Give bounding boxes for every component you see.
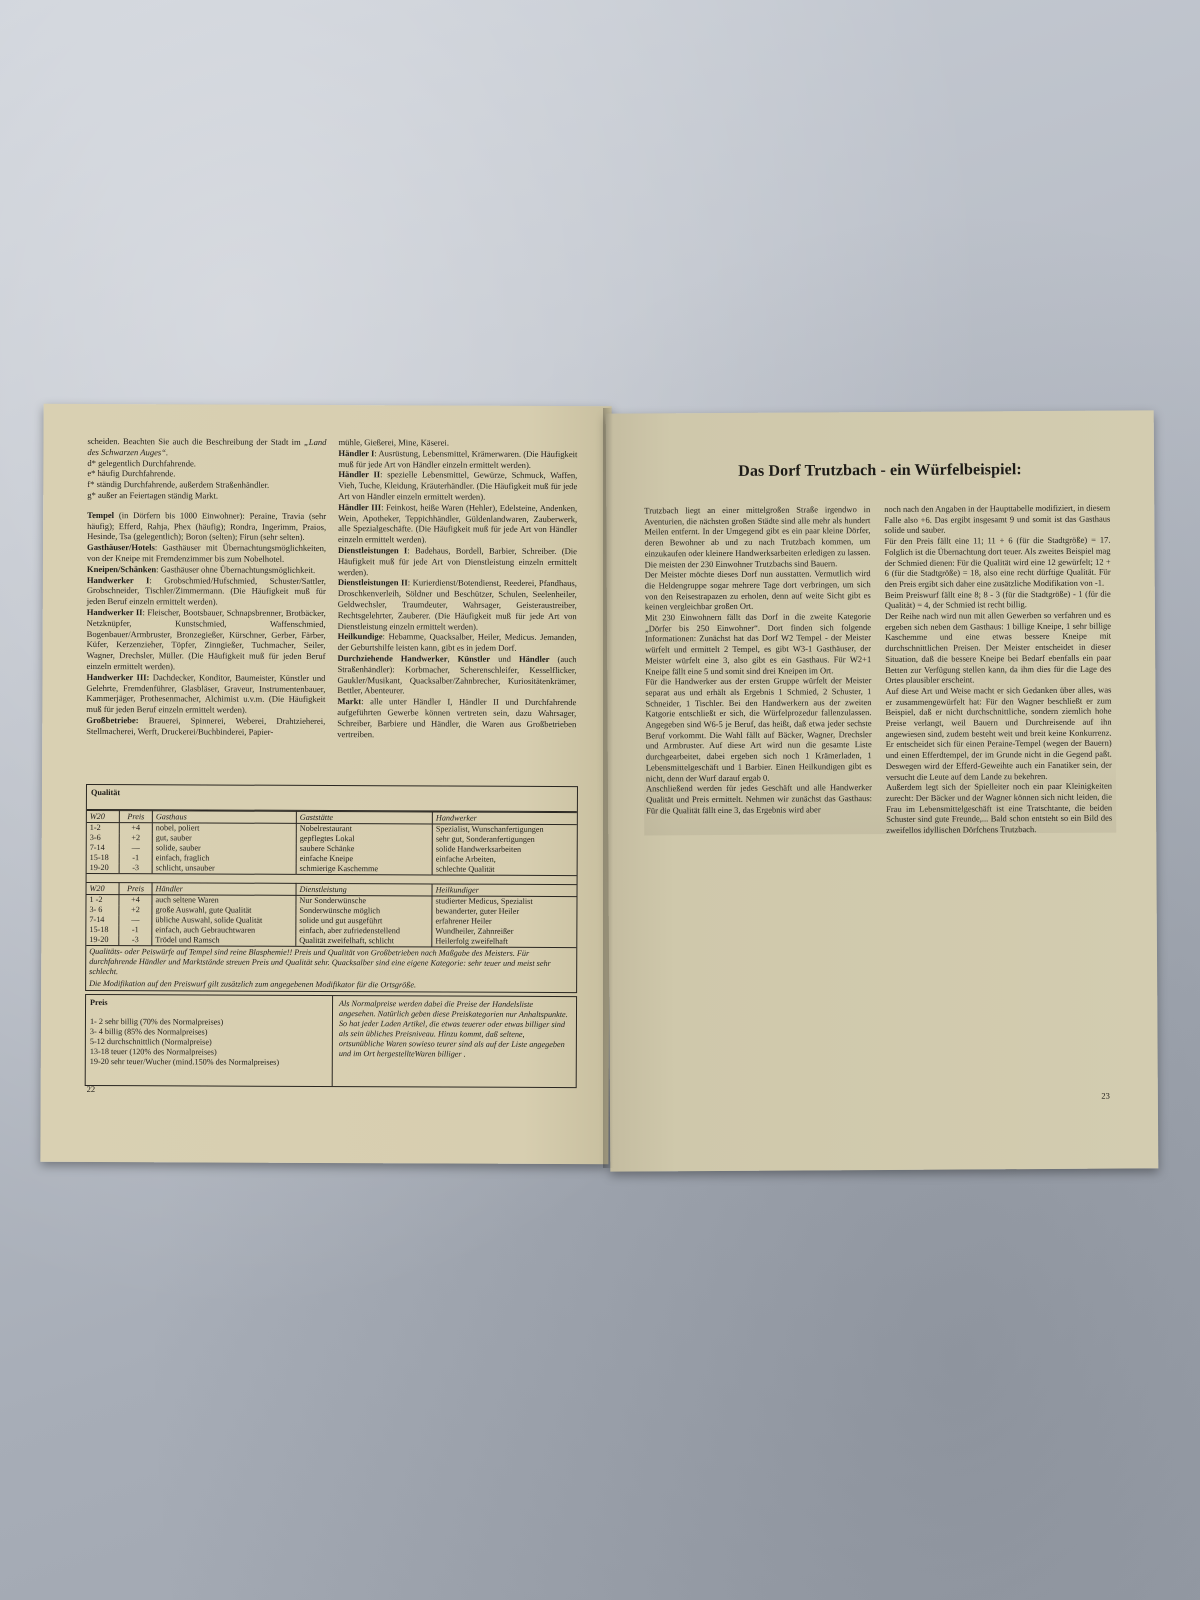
category-term: Gasthäuser/Hotels xyxy=(87,542,155,552)
column-header: W20 xyxy=(87,882,120,894)
table-cell: nobel, poliert xyxy=(152,823,296,834)
price-note: Als Normalpreise werden dabei die Preise… xyxy=(333,996,576,1087)
table-cell: -1 xyxy=(119,853,152,863)
table-cell: bewanderter, guter Heiler xyxy=(432,906,576,917)
category-term: Händler xyxy=(519,654,550,664)
table-cell: übliche Auswahl, solide Qualität xyxy=(152,915,296,926)
column-header: Dienstleistung xyxy=(296,883,432,896)
table-cell: solide, sauber xyxy=(152,843,296,854)
category-entry: Heilkundige: Hebamme, Quacksalber, Heile… xyxy=(338,631,577,654)
column-header: Händler xyxy=(152,883,296,896)
table-cell: — xyxy=(119,843,152,853)
price-row: 19-20 sehr teuer/Wucher (mind.150% des N… xyxy=(90,1057,328,1068)
table-cell: +4 xyxy=(119,895,152,906)
column-header: Handwerker xyxy=(432,812,576,825)
paragraph: Trutzbach liegt an einer mittelgroßen St… xyxy=(644,504,870,570)
paragraph: Der Meister möchte dieses Dorf nun ausst… xyxy=(645,568,871,612)
quality-table: Qualität W20PreisGasthausGaststätteHandw… xyxy=(85,784,578,993)
table-cell: Nur Sonderwünsche xyxy=(296,895,432,906)
intro-text: scheiden. Beachten Sie auch die Beschrei… xyxy=(87,436,326,459)
category-term: Heilkundige xyxy=(338,631,383,641)
category-term: Künstler xyxy=(458,654,491,664)
quality-footnote: Qualitäts- oder Peiswürfe auf Tempel sin… xyxy=(86,945,576,980)
table-cell: einfach, aber zufriedenstellend xyxy=(296,926,432,937)
table-cell: — xyxy=(119,915,152,925)
category-text: : Gasthäuser ohne Übernachtungsmöglichke… xyxy=(156,564,315,575)
book-spine xyxy=(603,408,613,1168)
paragraph: Außerdem legt sich der Spielleiter noch … xyxy=(886,781,1112,836)
category-entry: Handwerker II: Fleischer, Bootsbauer, Sc… xyxy=(86,607,325,673)
column-header: Heilkundiger xyxy=(432,884,576,897)
category-entry: Markt: alle unter Händler I, Händler II … xyxy=(337,696,576,740)
paragraph: Für den Preis fällt eine 11; 11 + 6 (für… xyxy=(884,535,1110,590)
left-column-2: mühle, Gießerei, Mine, Käserei.Händler I… xyxy=(337,437,577,740)
page-number-left: 22 xyxy=(87,1084,96,1094)
table-cell: einfache Kneipe xyxy=(296,854,432,865)
category-entry: Dienstleistungen I: Badehaus, Bordell, B… xyxy=(338,545,577,578)
paragraph: Für die Handwerker aus der ersten Gruppe… xyxy=(645,675,872,783)
table-cell: einfache Arbeiten, xyxy=(432,854,576,865)
left-page: scheiden. Beachten Sie auch die Beschrei… xyxy=(40,404,611,1164)
category-text: : Ausrüstung, Lebensmittel, Krämerwaren.… xyxy=(338,448,577,469)
table-cell: Wundheiler, Zahnreißer xyxy=(432,926,576,937)
category-term: Handwerker III: xyxy=(86,672,149,682)
table-cell: -3 xyxy=(119,935,152,945)
table-cell: schlechte Qualität xyxy=(432,864,576,875)
category-entry: Gasthäuser/Hotels: Gasthäuser mit Überna… xyxy=(87,542,326,565)
table-cell: Heilerfolg zweifelhaft xyxy=(432,936,576,947)
quality-footnote-modifier: Die Modifikation auf den Preiswurf gilt … xyxy=(86,978,576,992)
category-entry: Handwerker III: Dachdecker, Konditor, Ba… xyxy=(86,672,325,716)
table-cell: 1 -2 xyxy=(86,894,119,905)
table-cell: erfahrener Heiler xyxy=(432,916,576,927)
category-term: Tempel xyxy=(87,510,114,520)
table-cell: sehr gut, Sonderanfertigungen xyxy=(432,834,576,845)
table-cell: studierter Medicus, Spezialist xyxy=(432,896,576,907)
table-cell: einfach, fraglich xyxy=(152,853,296,864)
right-column-2: noch nach den Angaben in der Haupttabell… xyxy=(884,503,1112,836)
intro-line: scheiden. Beachten Sie auch die Beschrei… xyxy=(87,436,304,447)
footnote-g: g* außer an Feiertagen ständig Markt. xyxy=(87,490,326,502)
table-cell: 7-14 xyxy=(86,915,119,925)
column-header: Gaststätte xyxy=(296,811,432,824)
column-header: W20 xyxy=(87,810,120,822)
table-cell: +2 xyxy=(119,905,152,915)
category-entry: Tempel (in Dörfern bis 1000 Einwohner): … xyxy=(87,510,326,543)
table-cell: schlicht, unsauber xyxy=(152,863,296,874)
paragraph: Der Reihe nach wird nun mit allen Gewerb… xyxy=(885,610,1111,686)
table-cell: +4 xyxy=(119,823,152,834)
category-term: Markt xyxy=(337,696,361,706)
table-cell: solide und gut ausgeführt xyxy=(296,916,432,927)
category-term: Händler I xyxy=(338,448,374,458)
left-column-1: scheiden. Beachten Sie auch die Beschrei… xyxy=(86,436,326,739)
category-text: und xyxy=(490,654,519,664)
page-number-right: 23 xyxy=(1101,1091,1110,1101)
table-cell: 15-18 xyxy=(86,925,119,935)
table-cell: Nobelrestaurant xyxy=(296,823,432,834)
table-row: 19-20-3Trödel und RamschQualität zweifel… xyxy=(86,935,576,947)
table-cell: 7-14 xyxy=(87,843,120,853)
category-entry: Großbetriebe: Brauerei, Spinnerei, Weber… xyxy=(86,715,325,738)
table-cell: -1 xyxy=(119,925,152,935)
column-header: Preis xyxy=(119,883,152,895)
category-entry: Händler III: Feinkost, heiße Waren (Hehl… xyxy=(338,502,577,546)
paragraph: Beim Preiswurf fällt eine 8; 8 - 3 (für … xyxy=(885,588,1111,611)
table-cell: Qualität zweifelhaft, schlicht xyxy=(296,936,432,947)
category-term: Durchziehende Handwerker xyxy=(338,653,448,663)
table-cell: schmierige Kaschemme xyxy=(296,864,432,875)
table-cell: +2 xyxy=(119,833,152,843)
table-cell: 3-6 xyxy=(87,833,120,843)
price-rows: 1- 2 sehr billig (70% des Normalpreises)… xyxy=(90,1017,328,1068)
right-column-1: Trutzbach liegt an einer mittelgroßen St… xyxy=(644,504,872,837)
table-cell: große Auswahl, gute Qualität xyxy=(152,905,296,916)
category-entry: Durchziehende Handwerker, Künstler und H… xyxy=(337,653,576,697)
category-entry: Dienstleistungen II: Kurierdienst/Botend… xyxy=(338,577,577,632)
category-term: Handwerker I xyxy=(87,575,150,585)
table-cell: Sonderwünsche möglich xyxy=(296,906,432,917)
category-entry: Handwerker I: Grobschmied/Hufschmied, Sc… xyxy=(87,575,326,608)
price-categories: Preis 1- 2 sehr billig (70% des Normalpr… xyxy=(86,995,333,1086)
category-term: Kneipen/Schänken xyxy=(87,564,156,574)
category-term: Dienstleistungen I xyxy=(338,545,407,555)
quality-grid: W20PreisGasthausGaststätteHandwerker1-2+… xyxy=(86,810,577,947)
paragraph: Anschließend werden für jedes Geschäft u… xyxy=(646,782,872,815)
category-term: Händler III xyxy=(338,502,381,512)
table-cell: solide Handwerksarbeiten xyxy=(432,844,576,855)
table-cell: einfach, auch Gebrauchtwaren xyxy=(152,925,296,936)
table-cell: -3 xyxy=(119,863,152,874)
category-term: Dienstleistungen II xyxy=(338,577,408,587)
category-list-1: Tempel (in Dörfern bis 1000 Einwohner): … xyxy=(86,510,326,738)
table-cell: gepflegtes Lokal xyxy=(296,834,432,845)
table-cell: Spezialist, Wunschanfertigungen xyxy=(432,824,576,835)
quality-table-title: Qualität xyxy=(87,785,577,812)
paragraph: Mit 230 Einwohnern fällt das Dorf in die… xyxy=(645,611,871,677)
table-cell: auch seltene Waren xyxy=(152,895,296,906)
open-booklet: scheiden. Beachten Sie auch die Beschrei… xyxy=(42,400,1158,1168)
category-text: (in Dörfern bis 1000 Einwohner): Peraine… xyxy=(87,510,326,542)
table-cell: 15-18 xyxy=(87,853,120,863)
table-cell: 19-20 xyxy=(86,935,119,945)
category-list-2: mühle, Gießerei, Mine, Käserei.Händler I… xyxy=(337,437,577,740)
price-box-title: Preis xyxy=(90,998,328,1009)
table-cell: 19-20 xyxy=(87,863,120,874)
table-cell: 1-2 xyxy=(87,822,120,833)
column-header: Gasthaus xyxy=(152,811,296,824)
article-title: Das Dorf Trutzbach - ein Würfelbeispiel: xyxy=(606,460,1154,481)
table-cell: gut, sauber xyxy=(152,833,296,844)
category-text: mühle, Gießerei, Mine, Käserei. xyxy=(338,437,449,447)
category-text: , xyxy=(448,653,458,663)
column-header: Preis xyxy=(119,811,152,823)
paragraph: Auf diese Art und Weise macht er sich Ge… xyxy=(885,685,1112,783)
category-entry: Händler I: Ausrüstung, Lebensmittel, Krä… xyxy=(338,448,577,471)
category-text: : alle unter Händler I, Händler II und D… xyxy=(337,696,576,738)
category-term: Großbetriebe: xyxy=(86,715,138,725)
right-page: Das Dorf Trutzbach - ein Würfelbeispiel:… xyxy=(606,410,1159,1171)
table-cell: 3- 6 xyxy=(86,905,119,915)
category-entry: Händler II: spezielle Lebensmittel, Gewü… xyxy=(338,469,577,502)
category-term: Handwerker II xyxy=(87,607,143,617)
category-term: Händler II xyxy=(338,469,380,479)
table-cell: saubere Schänke xyxy=(296,844,432,855)
paragraph: noch nach den Angaben in der Haupttabell… xyxy=(884,503,1110,536)
table-cell: Trödel und Ramsch xyxy=(152,935,296,946)
price-box: Preis 1- 2 sehr billig (70% des Normalpr… xyxy=(85,994,577,1088)
